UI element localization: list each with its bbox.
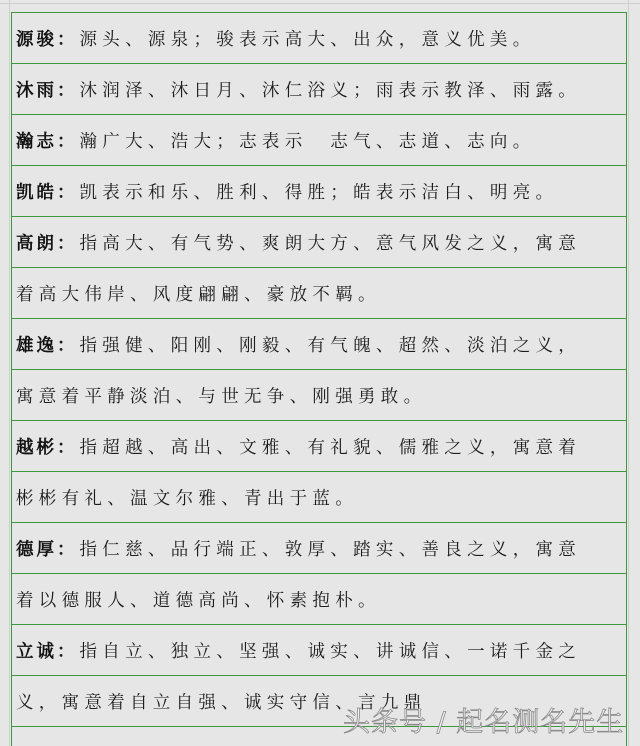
table-row[interactable]: 沐雨：沐润泽、沐日月、沐仁浴义；雨表示教泽、雨露。 [12,63,626,114]
entry-name: 瀚志 [16,128,57,153]
sheet-gridline [9,0,10,746]
entry-colon: ： [57,638,80,663]
entry-name: 德厚 [16,536,57,561]
entry-meaning: 沐润泽、沐日月、沐仁浴义；雨表示教泽、雨露。 [80,77,582,102]
entry-meaning: 源头、源泉；骏表示高大、出众，意义优美。 [80,26,536,51]
entry-meaning-continuation: 寓意着平静淡泊、与世无争、刚强勇敢。 [16,383,426,408]
table-row-continuation[interactable]: 着以德服人、道德高尚、怀素抱朴。 [12,573,626,624]
entry-name: 源骏 [16,26,57,51]
entry-name: 雄逸 [16,332,57,357]
entry-meaning-continuation: 着以德服人、道德高尚、怀素抱朴。 [16,587,381,612]
entry-meaning: 指仁慈、品行端正、敦厚、踏实、善良之义，寓意 [80,536,582,561]
watermark-text: 头条号 / 起名测名先生 [343,700,624,739]
entry-meaning: 指强健、阳刚、刚毅、有气魄、超然、淡泊之义， [80,332,582,357]
table-row-continuation[interactable]: 彬彬有礼、温文尔雅、青出于蓝。 [12,471,626,522]
entry-colon: ： [57,128,80,153]
entry-colon: ： [57,26,80,51]
entry-colon: ： [57,179,80,204]
entry-colon: ： [57,77,80,102]
table-row[interactable]: 源骏：源头、源泉；骏表示高大、出众，意义优美。 [12,12,626,63]
table-row[interactable]: 越彬：指超越、高出、文雅、有礼貌、儒雅之义，寓意着 [12,420,626,471]
entry-name: 沐雨 [16,77,57,102]
table-row[interactable]: 德厚：指仁慈、品行端正、敦厚、踏实、善良之义，寓意 [12,522,626,573]
entry-meaning-continuation: 彬彬有礼、温文尔雅、青出于蓝。 [16,485,358,510]
table-row-continuation[interactable]: 寓意着平静淡泊、与世无争、刚强勇敢。 [12,369,626,420]
name-meaning-table: 源骏：源头、源泉；骏表示高大、出众，意义优美。 沐雨：沐润泽、沐日月、沐仁浴义；… [11,12,627,746]
sheet-gridline [628,0,629,746]
entry-colon: ： [57,434,80,459]
table-row[interactable]: 立诚：指自立、独立、坚强、诚实、讲诚信、一诺千金之 [12,624,626,675]
entry-meaning: 指超越、高出、文雅、有礼貌、儒雅之义，寓意着 [80,434,582,459]
entry-name: 凯皓 [16,179,57,204]
table-row[interactable]: 高朗：指高大、有气势、爽朗大方、意气风发之义，寓意 [12,216,626,267]
entry-meaning: 瀚广大、浩大；志表示 志气、志道、志向。 [80,128,536,153]
entry-name: 立诚 [16,638,57,663]
table-row[interactable]: 雄逸：指强健、阳刚、刚毅、有气魄、超然、淡泊之义， [12,318,626,369]
table-row[interactable]: 瀚志：瀚广大、浩大；志表示 志气、志道、志向。 [12,114,626,165]
table-row-continuation[interactable]: 着高大伟岸、风度翩翩、豪放不羁。 [12,267,626,318]
entry-meaning: 指高大、有气势、爽朗大方、意气风发之义，寓意 [80,230,582,255]
entry-colon: ： [57,332,80,357]
entry-meaning: 凯表示和乐、胜利、得胜；皓表示洁白、明亮。 [80,179,559,204]
sheet-gridline [0,3,640,4]
entry-colon: ： [57,536,80,561]
entry-meaning-continuation: 着高大伟岸、风度翩翩、豪放不羁。 [16,281,381,306]
entry-meaning: 指自立、独立、坚强、诚实、讲诚信、一诺千金之 [80,638,582,663]
entry-colon: ： [57,230,80,255]
entry-name: 越彬 [16,434,57,459]
entry-name: 高朗 [16,230,57,255]
table-row[interactable]: 凯皓：凯表示和乐、胜利、得胜；皓表示洁白、明亮。 [12,165,626,216]
